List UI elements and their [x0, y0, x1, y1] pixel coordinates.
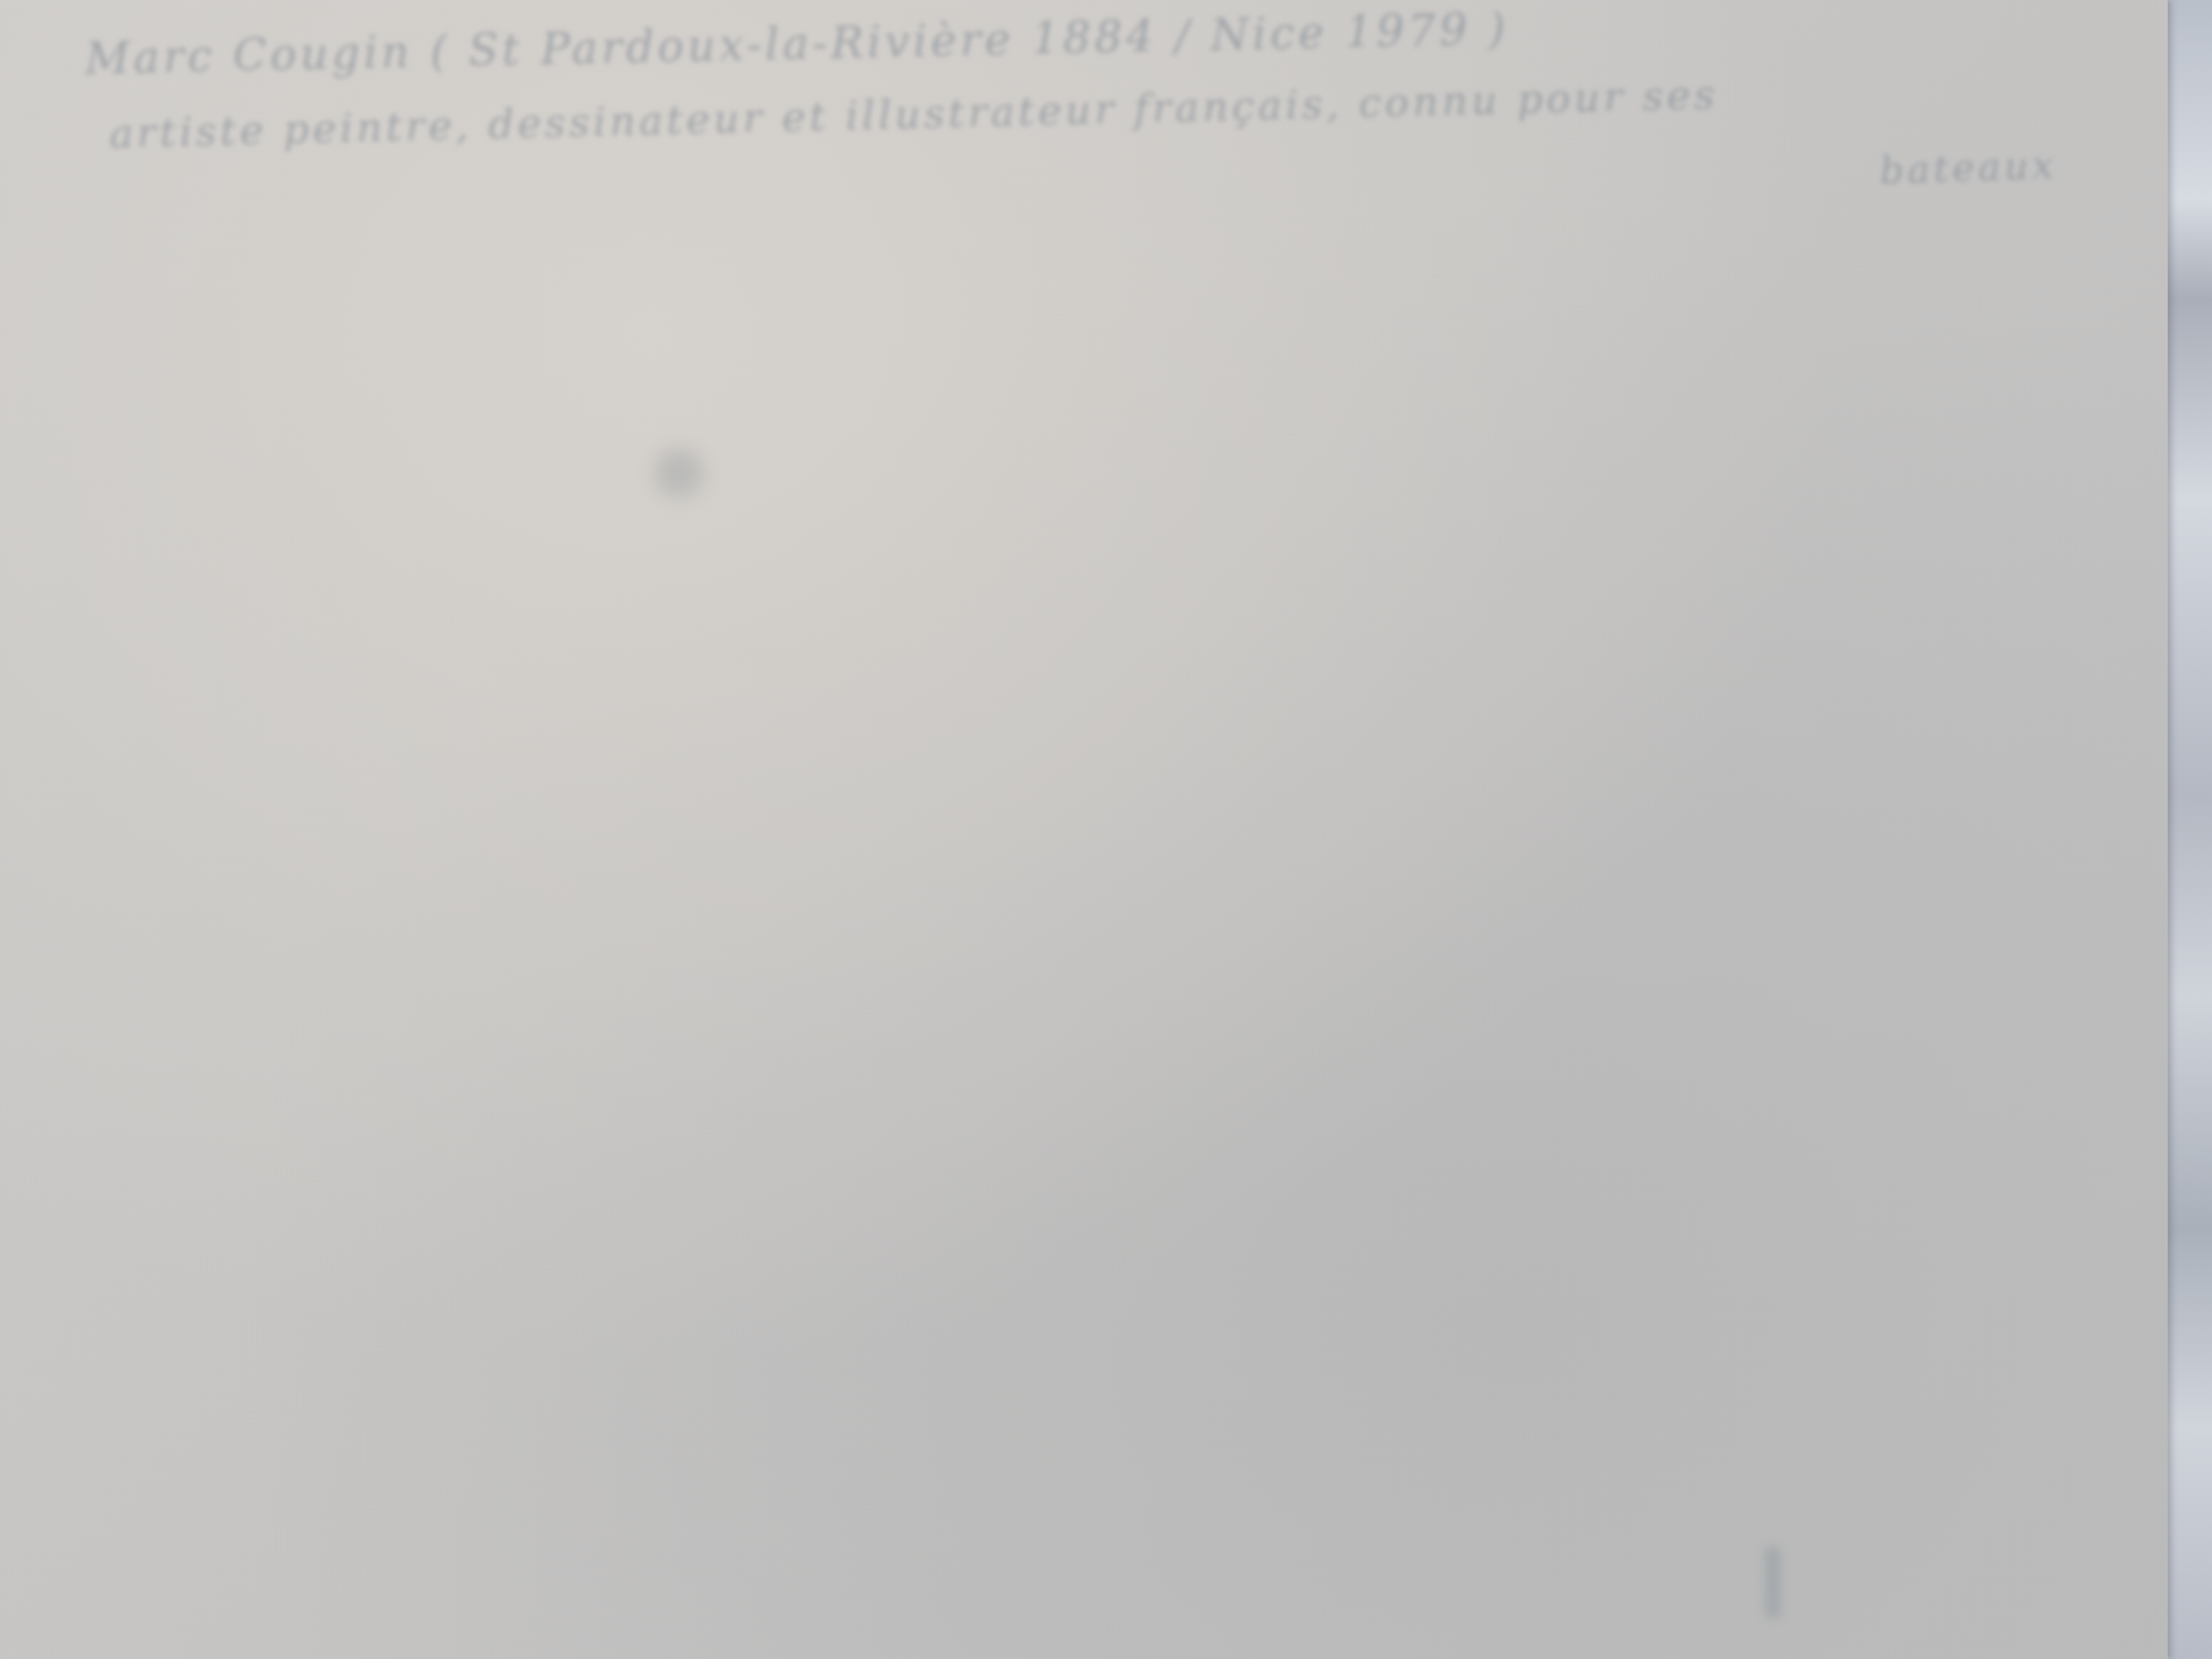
inscription-line-1: Marc Cougin ( St Pardoux-la-Rivière 1884… [84, 3, 1509, 84]
pencil-mark [1765, 1546, 1781, 1619]
paper-sheet: Marc Cougin ( St Pardoux-la-Rivière 1884… [0, 0, 2168, 1659]
paper-smudge [655, 449, 703, 497]
inscription-line-3: bateaux [1879, 142, 2057, 193]
inscription-line-2: artiste peintre, dessinateur et illustra… [109, 72, 1718, 158]
